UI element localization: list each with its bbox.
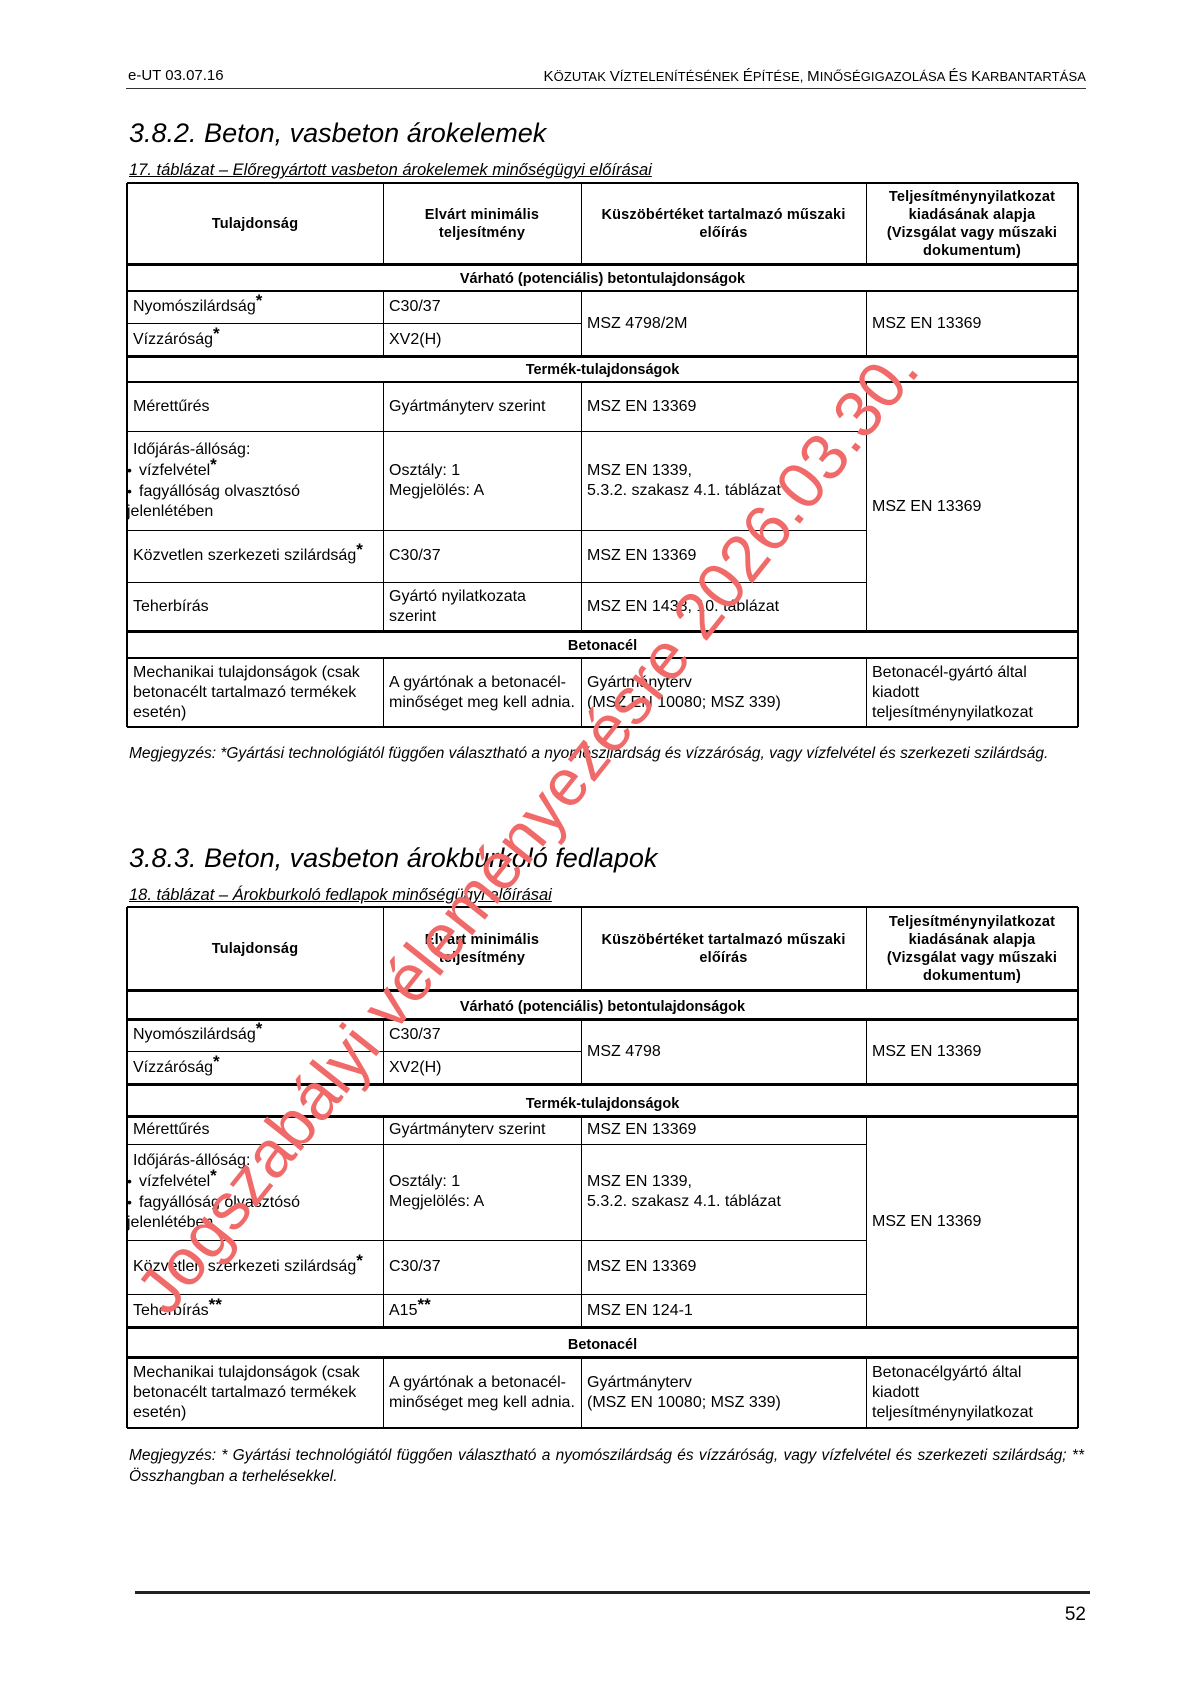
column-header: Elvárt minimális teljesítmény xyxy=(383,907,581,990)
table-rule xyxy=(127,657,1078,659)
performance-cell: XV2(H) xyxy=(383,1051,581,1084)
group-header: Termék-tulajdonságok xyxy=(127,1084,1078,1116)
performance-cell: C30/37 xyxy=(383,1019,581,1051)
section-heading-3-8-3: 3.8.3. Beton, vasbeton árokburkoló fedla… xyxy=(129,843,657,874)
column-header: Tulajdonság xyxy=(127,183,383,264)
section-heading-3-8-2: 3.8.2. Beton, vasbeton árokelemek xyxy=(129,118,546,149)
table-rule xyxy=(127,1427,1078,1429)
table-rule xyxy=(581,1357,582,1428)
performance-cell: A gyártónak a betonacél-minőséget meg ke… xyxy=(383,658,581,727)
column-header: Elvárt minimális teljesítmény xyxy=(383,183,581,264)
table-rule xyxy=(127,906,1078,908)
table-18-caption: 18. táblázat – Árokburkoló fedlapok minő… xyxy=(129,886,552,905)
performance-cell: A15** xyxy=(383,1294,581,1327)
table-rule xyxy=(866,1116,867,1327)
basis-cell: MSZ EN 13369 xyxy=(866,1019,1078,1084)
property-cell: Közvetlen szerkezeti szilárdság* xyxy=(127,530,383,582)
table-rule xyxy=(581,291,582,356)
basis-cell: Betonacélgyártó által kiadott teljesítmé… xyxy=(866,1357,1078,1428)
performance-cell: C30/37 xyxy=(383,1240,581,1294)
property-cell: Közvetlen szerkezeti szilárdság* xyxy=(127,1240,383,1294)
property-cell: Vízzáróság* xyxy=(127,1051,383,1084)
table-rule xyxy=(127,1294,866,1295)
header-divider xyxy=(126,88,1086,89)
basis-cell: MSZ EN 13369 xyxy=(866,291,1078,356)
spec-cell: MSZ EN 1339,5.3.2. szakasz 4.1. táblázat xyxy=(581,1144,866,1240)
spec-cell: Gyártmányterv(MSZ EN 10080; MSZ 339) xyxy=(581,1357,866,1428)
table-rule xyxy=(127,431,866,432)
spec-cell: MSZ EN 13369 xyxy=(581,382,866,431)
spec-cell: MSZ EN 1433, 10. táblázat xyxy=(581,582,866,631)
basis-cell: MSZ EN 13369 xyxy=(866,1116,1078,1327)
table-rule xyxy=(866,1357,867,1428)
table-rule xyxy=(866,291,867,356)
group-header: Várható (potenciális) betontulajdonságok xyxy=(127,264,1078,291)
property-cell: Mérettűrés xyxy=(127,382,383,431)
table-rule xyxy=(383,183,384,264)
performance-cell: Osztály: 1Megjelölés: A xyxy=(383,431,581,530)
spec-cell: MSZ 4798 xyxy=(581,1019,866,1084)
group-header: Betonacél xyxy=(127,631,1078,658)
table-rule xyxy=(127,1240,866,1241)
performance-cell: Gyártó nyilatkozata szerint xyxy=(383,582,581,631)
table-rule xyxy=(581,658,582,727)
performance-cell: Gyártmányterv szerint xyxy=(383,382,581,431)
table-rule xyxy=(127,1326,1078,1329)
table-rule xyxy=(127,355,1078,358)
table-rule xyxy=(383,1357,384,1428)
spec-cell: MSZ EN 13369 xyxy=(581,530,866,582)
table-17-caption: 17. táblázat – Előregyártott vasbeton ár… xyxy=(129,161,652,180)
property-cell: Mérettűrés xyxy=(127,1116,383,1144)
table-rule xyxy=(866,907,867,990)
spec-cell: MSZ 4798/2M xyxy=(581,291,866,356)
table-rule xyxy=(383,291,384,356)
footer-divider xyxy=(135,1591,1090,1594)
table-rule xyxy=(581,183,582,264)
document-title: KÖZUTAK VÍZTELENÍTÉSÉNEK ÉPÍTÉSE, MINŐSÉ… xyxy=(544,68,1087,85)
column-header: Tulajdonság xyxy=(127,907,383,990)
property-cell: Időjárás-állóság:vízfelvétel*fagyállóság… xyxy=(127,1144,383,1240)
table-rule xyxy=(127,630,1078,633)
table-17: TulajdonságElvárt minimális teljesítmény… xyxy=(127,183,1078,728)
performance-cell: C30/37 xyxy=(383,291,581,323)
table-rule xyxy=(127,1083,1078,1086)
performance-cell: Gyártmányterv szerint xyxy=(383,1116,581,1144)
table-rule xyxy=(127,582,866,583)
basis-cell: MSZ EN 13369 xyxy=(866,382,1078,631)
table-rule xyxy=(127,263,1078,266)
table-rule xyxy=(127,182,1078,184)
table-rule xyxy=(127,381,1078,383)
table-rule xyxy=(383,907,384,990)
table-rule xyxy=(127,1144,866,1145)
table-rule xyxy=(127,1115,1078,1118)
table-rule xyxy=(126,183,128,727)
column-header: Küszöbértéket tartalmazó műszaki előírás xyxy=(581,183,866,264)
table-rule xyxy=(127,1051,581,1052)
group-header: Várható (potenciális) betontulajdonságok xyxy=(127,990,1078,1019)
column-header: Teljesítménynyilatkozat kiadásának alapj… xyxy=(866,907,1078,990)
table-rule xyxy=(127,1356,1078,1359)
performance-cell: Osztály: 1Megjelölés: A xyxy=(383,1144,581,1240)
basis-cell: Betonacél-gyártó által kiadott teljesítm… xyxy=(866,658,1078,727)
spec-cell: Gyártmányterv(MSZ EN 10080; MSZ 339) xyxy=(581,658,866,727)
table-rule xyxy=(383,382,384,631)
property-cell: Időjárás-állóság:vízfelvétel*fagyállóság… xyxy=(127,431,383,530)
table-rule xyxy=(127,530,866,531)
table-rule xyxy=(383,1116,384,1327)
table-rule xyxy=(126,907,128,1428)
table-rule xyxy=(581,1019,582,1084)
table-rule xyxy=(127,726,1078,728)
table-rule xyxy=(866,382,867,631)
table-rule xyxy=(866,183,867,264)
column-header: Küszöbértéket tartalmazó műszaki előírás xyxy=(581,907,866,990)
page-number: 52 xyxy=(1065,1604,1086,1626)
group-header: Termék-tulajdonságok xyxy=(127,356,1078,382)
spec-cell: MSZ EN 124-1 xyxy=(581,1294,866,1327)
property-cell: Nyomószilárdság* xyxy=(127,1019,383,1051)
table-rule xyxy=(866,658,867,727)
property-cell: Teherbírás xyxy=(127,582,383,631)
table-rule xyxy=(383,1019,384,1084)
document-code: e-UT 03.07.16 xyxy=(128,67,224,84)
table-rule xyxy=(866,1019,867,1084)
table-rule xyxy=(1077,183,1079,727)
table-rule xyxy=(127,290,1078,292)
table-rule xyxy=(581,1116,582,1327)
table-rule xyxy=(127,1018,1078,1021)
spec-cell: MSZ EN 1339,5.3.2. szakasz 4.1. táblázat xyxy=(581,431,866,530)
property-cell: Mechanikai tulajdonságok (csak betonacél… xyxy=(127,658,383,727)
performance-cell: C30/37 xyxy=(383,530,581,582)
table-rule xyxy=(127,989,1078,992)
property-cell: Nyomószilárdság* xyxy=(127,291,383,323)
table-rule xyxy=(127,323,581,324)
table-18: TulajdonságElvárt minimális teljesítmény… xyxy=(127,907,1078,1429)
table-rule xyxy=(581,382,582,631)
property-cell: Teherbírás** xyxy=(127,1294,383,1327)
performance-cell: XV2(H) xyxy=(383,323,581,356)
property-cell: Vízzáróság* xyxy=(127,323,383,356)
table-rule xyxy=(581,907,582,990)
table-18-note: Megjegyzés: * Gyártási technológiától fü… xyxy=(129,1445,1084,1487)
table-rule xyxy=(1077,907,1079,1428)
property-cell: Mechanikai tulajdonságok (csak betonacél… xyxy=(127,1357,383,1428)
table-17-note: Megjegyzés: *Gyártási technológiától füg… xyxy=(129,743,1084,764)
group-header: Betonacél xyxy=(127,1327,1078,1357)
table-rule xyxy=(383,658,384,727)
column-header: Teljesítménynyilatkozat kiadásának alapj… xyxy=(866,183,1078,264)
spec-cell: MSZ EN 13369 xyxy=(581,1240,866,1294)
performance-cell: A gyártónak a betonacél-minőséget meg ke… xyxy=(383,1357,581,1428)
spec-cell: MSZ EN 13369 xyxy=(581,1116,866,1144)
